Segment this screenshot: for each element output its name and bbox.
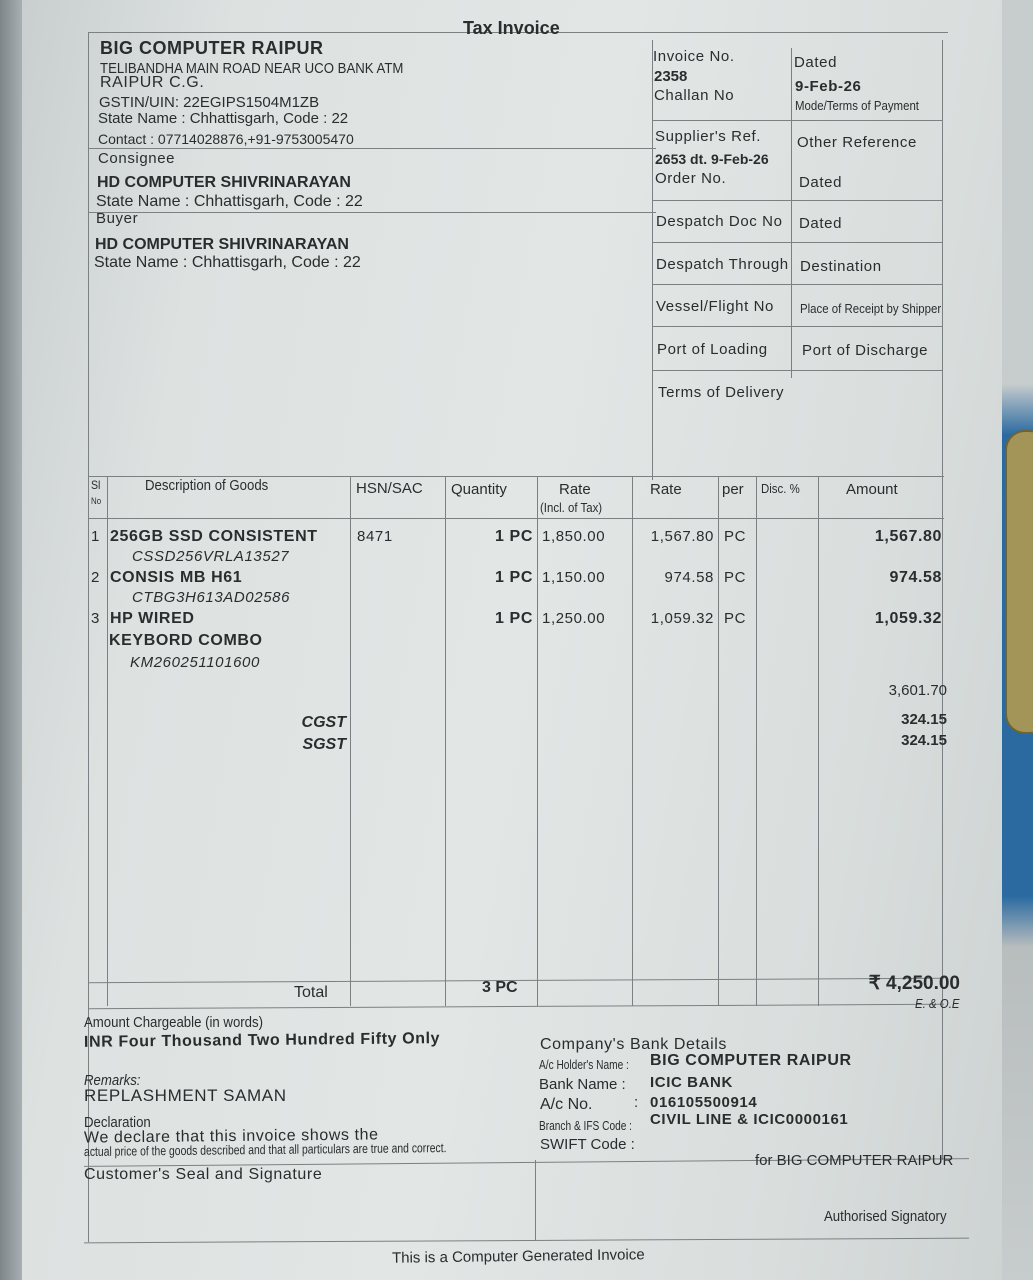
row-quantity: 1 PC <box>447 569 533 587</box>
row-sl: 2 <box>91 569 99 586</box>
divider <box>652 242 942 243</box>
header-quantity: Quantity <box>451 481 507 498</box>
header-disc: Disc. % <box>761 481 800 496</box>
divider <box>88 212 656 213</box>
col-sep <box>718 476 719 1006</box>
frame-left <box>88 32 89 1242</box>
divider <box>791 48 792 378</box>
port-discharge-label: Port of Discharge <box>802 342 928 359</box>
bank-branch-label: Branch & IFS Code : <box>539 1118 632 1133</box>
row-item-name: 256GB SSD CONSISTENT <box>110 528 318 546</box>
bank-name: ICIC BANK <box>650 1074 733 1091</box>
bank-holder: BIG COMPUTER RAIPUR <box>650 1052 852 1070</box>
divider <box>652 370 942 371</box>
row-amount: 974.58 <box>822 569 942 587</box>
col-sep <box>756 476 757 1006</box>
consignee-label: Consignee <box>98 150 175 167</box>
divider <box>84 1238 969 1244</box>
row-rate-incl: 1,250.00 <box>542 610 605 627</box>
seller-name: BIG COMPUTER RAIPUR <box>100 38 324 59</box>
bank-holder-label: A/c Holder's Name : <box>539 1057 629 1072</box>
divider <box>88 148 656 149</box>
header-sl-no: No <box>91 496 101 506</box>
row-serial: CSSD256VRLA13527 <box>132 548 289 565</box>
divider <box>652 40 653 480</box>
divider <box>652 326 942 327</box>
row-item-name: HP WIRED <box>110 610 195 628</box>
place-receipt-label: Place of Receipt by Shipper <box>800 301 941 316</box>
despatch-through-label: Despatch Through <box>656 256 789 273</box>
order-dated-label: Dated <box>799 174 842 191</box>
consignee-name: HD COMPUTER SHIVRINARAYAN <box>97 174 351 192</box>
row-rate: 1,567.80 <box>632 528 714 545</box>
dated-label: Dated <box>794 54 837 71</box>
buyer-label: Buyer <box>96 210 138 227</box>
row-quantity: 1 PC <box>447 528 533 546</box>
order-no-label: Order No. <box>655 170 726 187</box>
divider <box>652 284 942 285</box>
divider <box>652 200 942 201</box>
consignee-state: State Name : Chhattisgarh, Code : 22 <box>96 193 363 211</box>
col-sep <box>107 476 108 1006</box>
vessel-label: Vessel/Flight No <box>656 298 774 315</box>
header-amount: Amount <box>846 481 898 498</box>
header-description: Description of Goods <box>145 477 268 494</box>
bank-acno-label: A/c No. <box>540 1096 592 1114</box>
row-quantity: 1 PC <box>447 610 533 628</box>
row-item-name-2: KEYBORD COMBO <box>109 632 263 650</box>
invoice-no-label: Invoice No. <box>653 48 735 65</box>
invoice-date: 9-Feb-26 <box>795 78 862 95</box>
divider <box>652 120 942 121</box>
row-per: PC <box>724 569 746 586</box>
background-object <box>1005 430 1033 734</box>
header-rate-incl: Rate <box>559 481 591 498</box>
document-title: Tax Invoice <box>463 18 560 39</box>
other-ref-label: Other Reference <box>797 134 917 151</box>
seller-address-line2: RAIPUR C.G. <box>100 74 204 92</box>
sgst-label: SGST <box>276 736 346 754</box>
seller-state: State Name : Chhattisgarh, Code : 22 <box>98 110 348 127</box>
sgst-amount: 324.15 <box>822 732 947 749</box>
bank-acno-sep: : <box>634 1094 638 1111</box>
cgst-amount: 324.15 <box>822 711 947 728</box>
row-per: PC <box>724 528 746 545</box>
supplier-ref-label: Supplier's Ref. <box>655 128 761 145</box>
header-hsn: HSN/SAC <box>356 480 423 497</box>
subtotal-amount: 3,601.70 <box>822 682 947 699</box>
row-serial: KM260251101600 <box>130 654 260 671</box>
authorised-signatory: Authorised Signatory <box>824 1208 947 1225</box>
port-loading-label: Port of Loading <box>657 341 768 358</box>
row-rate-incl: 1,850.00 <box>542 528 605 545</box>
challan-label: Challan No <box>654 87 734 104</box>
row-rate: 1,059.32 <box>632 610 714 627</box>
header-sl: Sl <box>91 478 100 492</box>
despatch-doc-label: Despatch Doc No <box>656 213 783 230</box>
buyer-name: HD COMPUTER SHIVRINARAYAN <box>95 236 349 254</box>
customer-seal-label: Customer's Seal and Signature <box>84 1166 322 1184</box>
table-header-bottom <box>88 518 944 519</box>
row-hsn: 8471 <box>357 528 393 545</box>
col-sep <box>632 476 633 1006</box>
declaration-line2: actual price of the goods described and … <box>84 1140 447 1159</box>
buyer-state: State Name : Chhattisgarh, Code : 22 <box>94 254 361 272</box>
total-row-bottom <box>88 1004 944 1009</box>
invoice-paper: Tax Invoice BIG COMPUTER RAIPUR TELIBAND… <box>22 0 1002 1280</box>
remarks-text: REPLASHMENT SAMAN <box>84 1086 287 1106</box>
cgst-label: CGST <box>276 714 346 732</box>
col-sep <box>445 476 446 1006</box>
bank-branch: CIVIL LINE & ICIC0000161 <box>650 1111 848 1128</box>
col-sep <box>350 476 351 1006</box>
amount-words: INR Four Thousand Two Hundred Fifty Only <box>84 1030 440 1052</box>
seller-gstin: GSTIN/UIN: 22EGIPS1504M1ZB <box>99 94 319 111</box>
for-company: for BIG COMPUTER RAIPUR <box>755 1152 953 1169</box>
col-sep <box>537 476 538 1006</box>
row-sl: 3 <box>91 610 99 627</box>
row-amount: 1,059.32 <box>822 610 942 628</box>
terms-delivery-label: Terms of Delivery <box>658 384 784 401</box>
invoice-no: 2358 <box>654 68 687 85</box>
total-quantity: 3 PC <box>482 979 518 997</box>
row-item-name: CONSIS MB H61 <box>110 569 242 587</box>
total-amount: ₹ 4,250.00 <box>802 972 960 995</box>
row-rate-incl: 1,150.00 <box>542 569 605 586</box>
bank-acno: 016105500914 <box>650 1094 757 1111</box>
col-sep <box>818 476 819 1006</box>
eoe-note: E. & O.E <box>915 996 960 1011</box>
row-sl: 1 <box>91 528 99 545</box>
despatch-dated-label: Dated <box>799 215 842 232</box>
bank-name-label: Bank Name : <box>539 1076 626 1093</box>
swift-label: SWIFT Code : <box>540 1136 635 1153</box>
header-per: per <box>722 481 744 498</box>
supplier-ref: 2653 dt. 9-Feb-26 <box>655 151 769 167</box>
divider <box>535 1160 536 1240</box>
row-rate: 974.58 <box>632 569 714 586</box>
row-amount: 1,567.80 <box>822 528 942 546</box>
payment-terms-label: Mode/Terms of Payment <box>795 98 919 113</box>
seller-contact: Contact : 07714028876,+91-9753005470 <box>98 131 354 147</box>
header-rate-incl-sub: (Incl. of Tax) <box>540 500 602 515</box>
row-per: PC <box>724 610 746 627</box>
row-serial: CTBG3H613AD02586 <box>132 589 290 606</box>
amount-words-label: Amount Chargeable (in words) <box>84 1014 263 1031</box>
destination-label: Destination <box>800 258 882 275</box>
footer-note: This is a Computer Generated Invoice <box>392 1246 645 1267</box>
total-label: Total <box>294 984 328 1002</box>
header-rate: Rate <box>650 481 682 498</box>
